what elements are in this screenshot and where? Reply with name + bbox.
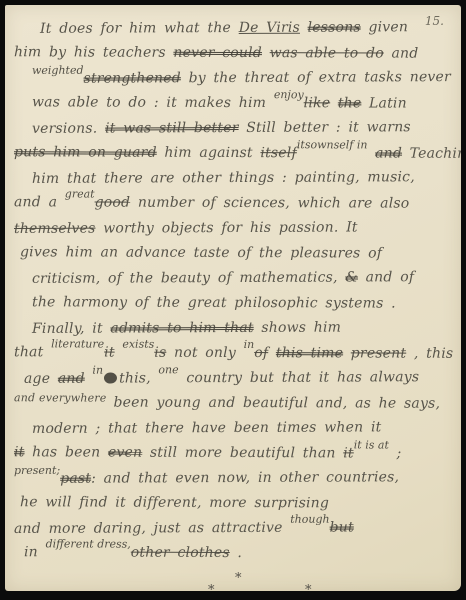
handwritten-text: has been	[24, 444, 108, 460]
asterisk-mark: *	[235, 571, 242, 586]
handwritten-text: Finally, it	[32, 321, 110, 337]
manuscript-line: present;past: and that even now, in othe…	[14, 467, 459, 494]
inserted-text: one	[158, 363, 178, 376]
handwritten-text: Latin	[361, 95, 406, 111]
scribbled-out-text: past	[60, 471, 91, 487]
handwritten-text: was able to do : it makes him	[32, 94, 274, 111]
manuscript-line: it has been even still more beautiful th…	[14, 442, 459, 469]
handwritten-text: ;	[389, 446, 402, 462]
struck-text: good	[95, 195, 131, 211]
manuscript-line: he will find it different, more surprisi…	[14, 492, 459, 519]
handwritten-text	[268, 345, 276, 361]
handwritten-text	[330, 95, 338, 111]
inserted-text: though	[290, 513, 329, 526]
manuscript-line: and everywherebeen young and beautiful a…	[14, 392, 459, 419]
asterisk-mark: *	[305, 583, 312, 591]
handwritten-text: that	[14, 344, 51, 360]
manuscript-line: It does for him what the De Viris lesson…	[14, 17, 459, 44]
manuscript-line: and a greatgood number of sciences, whic…	[14, 192, 459, 219]
inserted-text: enjoy	[274, 88, 304, 101]
struck-text: present	[351, 345, 407, 361]
struck-text: of	[254, 345, 268, 361]
handwritten-text: this,	[119, 370, 158, 386]
scribbled-out-text: it	[14, 444, 25, 460]
struck-text: themselves	[14, 221, 96, 237]
manuscript-line: in different dress,other clothes .	[14, 542, 459, 569]
manuscript-lines: It does for him what the De Viris lesson…	[14, 18, 459, 568]
handwritten-text: criticism, of the beauty of mathematics,	[32, 270, 345, 287]
scribbled-out-text: strengthened	[84, 70, 181, 86]
struck-text: it	[104, 345, 115, 361]
handwritten-text: modern ; that there have been times when…	[32, 419, 382, 437]
asterisk-mark: *	[208, 583, 215, 591]
handwritten-text: Teaching	[402, 146, 461, 162]
struck-text: is	[154, 345, 166, 361]
handwritten-text: not only	[166, 345, 243, 361]
scribbled-out-text: this time	[276, 345, 343, 361]
handwritten-text: him by his teachers	[14, 44, 173, 61]
inserted-text: exists	[122, 338, 154, 351]
handwritten-text: in	[24, 544, 46, 560]
photograph-frame: 15. It does for him what the De Viris le…	[0, 0, 466, 600]
handwritten-text: he will find it different, more surprisi…	[20, 494, 329, 511]
margin-note: and everywhere	[14, 391, 107, 404]
handwritten-text: given	[361, 19, 408, 35]
manuscript-line: versions. it was still better Still bett…	[14, 117, 459, 144]
scribbled-out-text: but	[330, 519, 354, 535]
scribbled-out-text: even	[108, 445, 142, 461]
handwritten-text: gives him an advance taste of the pleasu…	[20, 244, 382, 261]
manuscript-line: modern ; that there have been times when…	[14, 417, 459, 444]
handwritten-text: number of sciences, which are also	[130, 195, 409, 212]
manuscript-line: age and inthis, one country but that it …	[14, 367, 459, 394]
struck-text: itself	[260, 145, 296, 161]
handwritten-text: and more daring, just as attractive	[14, 520, 290, 537]
manuscript-line: was able to do : it makes him enjoylike …	[14, 92, 459, 119]
handwritten-text	[262, 45, 270, 61]
handwritten-text: still more beautiful than	[142, 445, 343, 462]
inserted-text: it is at	[354, 438, 389, 451]
manuscript-page: 15. It does for him what the De Viris le…	[5, 5, 461, 591]
scribbled-out-text: and	[58, 371, 85, 387]
manuscript-line: gives him an advance taste of the pleasu…	[14, 242, 459, 269]
struck-text: other clothes	[131, 545, 230, 561]
handwritten-text: Still better : it warns	[239, 119, 411, 136]
ink-blot	[104, 373, 117, 384]
scribbled-out-text: the	[338, 95, 362, 111]
handwritten-text: him that there are other things : painti…	[32, 169, 415, 187]
inserted-text: different dress,	[46, 537, 131, 550]
handwritten-text: versions.	[32, 121, 105, 137]
inserted-text: literature	[51, 337, 104, 350]
scribbled-out-text: puts him on guard	[14, 144, 157, 160]
handwritten-text: and	[384, 46, 419, 62]
manuscript-line: puts him on guard him against itselfitso…	[14, 142, 459, 169]
struck-text: like	[304, 95, 331, 111]
handwritten-text: , this	[406, 346, 453, 362]
manuscript-line: weightedstrengthened by the threat of ex…	[14, 67, 459, 94]
scribbled-out-text: admits to him that	[110, 320, 253, 337]
handwritten-text: It does for him what the	[40, 20, 239, 37]
scribbled-out-text: it was still better	[105, 120, 239, 137]
manuscript-line: the harmony of the great philosophic sys…	[14, 292, 459, 319]
inserted-text: weighted	[32, 64, 84, 77]
handwritten-text	[343, 345, 351, 361]
handwritten-text: worthy objects for his passion. It	[95, 219, 357, 236]
handwritten-text: shows him	[254, 320, 342, 336]
inserted-text: present;	[14, 464, 60, 477]
handwritten-text: age	[24, 371, 58, 387]
section-end-marks: * * *	[5, 571, 461, 591]
handwritten-text: been young and beautiful and, as he says…	[113, 395, 440, 412]
handwritten-text: the harmony of the great philosophic sys…	[32, 294, 396, 311]
manuscript-line: that literatureit existsis not only inof…	[14, 342, 459, 369]
inserted-text: itsownself in	[297, 138, 368, 151]
handwritten-text	[367, 145, 375, 161]
handwritten-text	[300, 20, 308, 36]
handwritten-text: and of	[358, 269, 414, 285]
handwritten-text: him against	[157, 145, 261, 161]
scribbled-out-text: never could	[173, 45, 262, 61]
handwritten-text: by the threat of extra tasks never	[181, 69, 451, 86]
handwritten-text: : and that even now, in other countries,	[91, 469, 399, 486]
scribbled-out-text: &	[345, 269, 358, 285]
scribbled-out-text: lessons	[308, 19, 361, 35]
scribbled-out-text: and	[375, 145, 402, 161]
inserted-text: in	[92, 364, 103, 377]
inserted-text: in	[244, 338, 255, 351]
handwritten-text: and a	[14, 194, 65, 210]
handwritten-text: country but that it has always	[179, 369, 420, 386]
handwritten-text: .	[230, 545, 242, 561]
underlined-title: De Viris	[239, 20, 300, 36]
manuscript-line: themselves worthy objects for his passio…	[14, 217, 459, 244]
manuscript-line: criticism, of the beauty of mathematics,…	[14, 267, 459, 294]
struck-text: it	[343, 445, 354, 461]
struck-text: was able to do	[270, 45, 384, 61]
inserted-text: great	[65, 187, 95, 200]
